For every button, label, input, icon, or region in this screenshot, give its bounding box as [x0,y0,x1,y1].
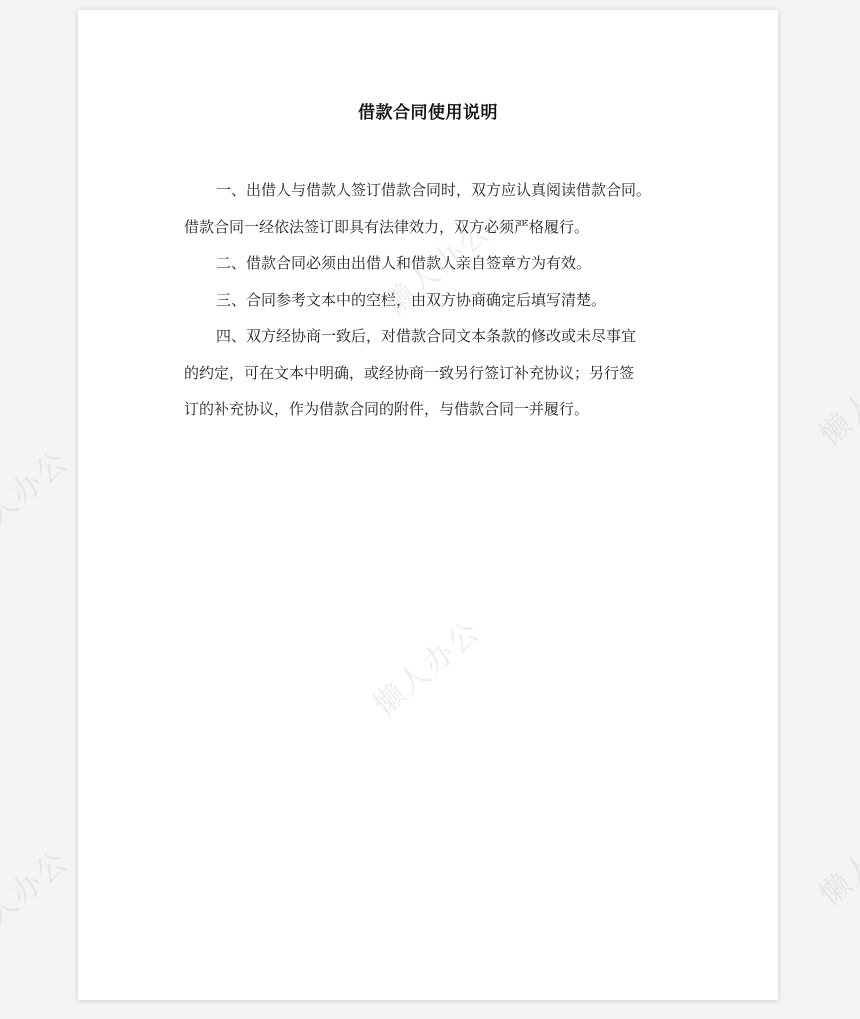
watermark: 懒人办公 [0,438,76,554]
paragraph-3: 三、合同参考文本中的空栏，由双方协商确定后填写清楚。 [184,282,674,319]
document-body: 一、出借人与借款人签订借款合同时，双方应认真阅读借款合同。 借款合同一经依法签订… [184,172,674,428]
paragraph-line: 的约定，可在文本中明确，或经协商一致另行签订补充协议；另行签 [184,355,674,392]
watermark: 懒人办公 [0,838,76,954]
watermark: 懒人办公 [808,338,860,454]
document-page: 借款合同使用说明 一、出借人与借款人签订借款合同时，双方应认真阅读借款合同。 借… [78,10,778,1000]
watermark: 懒人办公 [808,798,860,914]
paragraph-line: 订的补充协议，作为借款合同的附件，与借款合同一并履行。 [184,391,674,428]
paragraph-line: 二、借款合同必须由出借人和借款人亲自签章方为有效。 [184,245,674,282]
paragraph-line: 借款合同一经依法签订即具有法律效力，双方必须严格履行。 [184,209,674,246]
document-title: 借款合同使用说明 [78,98,778,123]
paragraph-line: 四、双方经协商一致后，对借款合同文本条款的修改或未尽事宜 [184,318,674,355]
paragraph-4: 四、双方经协商一致后，对借款合同文本条款的修改或未尽事宜 的约定，可在文本中明确… [184,318,674,428]
paragraph-line: 一、出借人与借款人签订借款合同时，双方应认真阅读借款合同。 [184,172,674,209]
paragraph-line: 三、合同参考文本中的空栏，由双方协商确定后填写清楚。 [184,282,674,319]
paragraph-2: 二、借款合同必须由出借人和借款人亲自签章方为有效。 [184,245,674,282]
paragraph-1: 一、出借人与借款人签订借款合同时，双方应认真阅读借款合同。 借款合同一经依法签订… [184,172,674,245]
